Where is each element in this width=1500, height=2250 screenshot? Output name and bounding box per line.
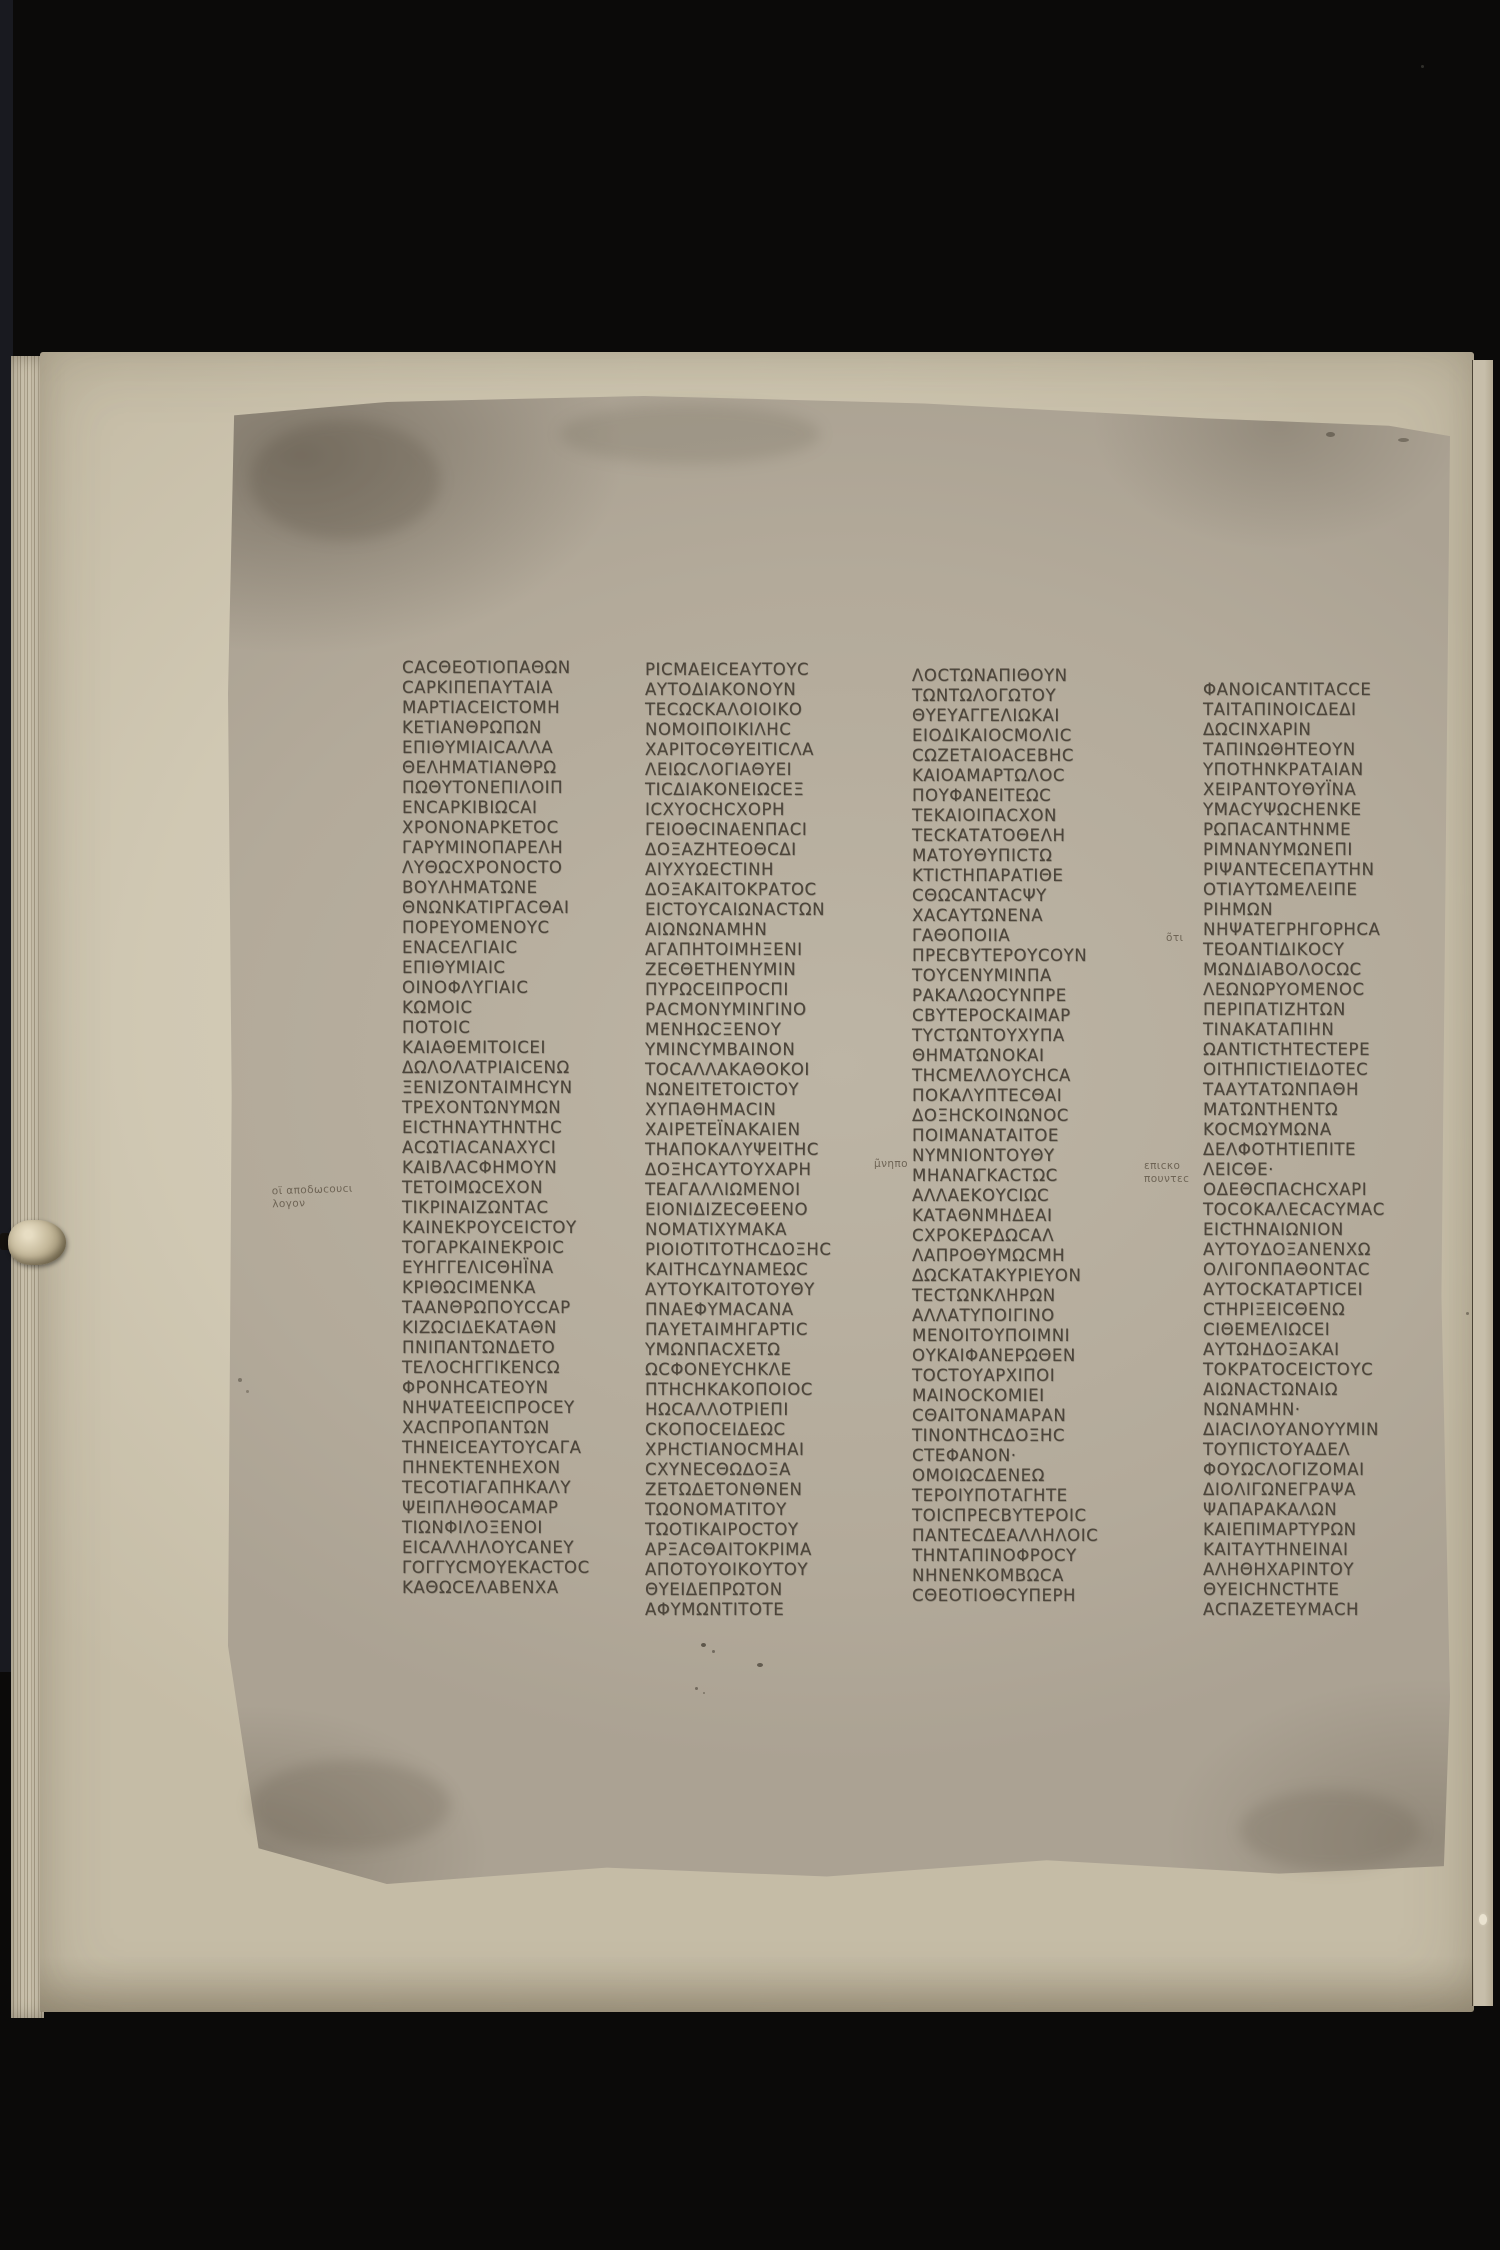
manuscript-line: ΘΥΕΥΑΓΓΕΛΙΩΚΑΙ	[912, 706, 1098, 726]
manuscript-line: ΠΟΚΑΛΥΠΤΕϹΘΑΙ	[912, 1086, 1098, 1106]
manuscript-line: ΡΑΚΑΛΩΟϹΥΝΠΡΕ	[912, 986, 1098, 1006]
manuscript-line: ΟΜΟΙΩϹΔΕΝΕΩ	[912, 1466, 1098, 1486]
manuscript-line: ϹΑΡΚΙΠΕΠΑΥΤΑΙΑ	[402, 678, 590, 698]
manuscript-line: ϹΑϹΘΕΟΤΙΟΠΑΘΩΝ	[402, 658, 590, 678]
manuscript-line: ϹΤΕΦΑΝΟΝ·	[912, 1446, 1098, 1466]
manuscript-line: ΑΥΤΟΔΙΑΚΟΝΟΥΝ	[645, 680, 832, 700]
manuscript-line: ΠΑΥΕΤΑΙΜΗΓΑΡΤΙϹ	[645, 1320, 832, 1340]
manuscript-line: ΠΩΘΥΤΟΝΕΠΙΛΟΙΠ	[402, 778, 590, 798]
manuscript-line: ϹΩΖΕΤΑΙΟΑϹΕΒΗϹ	[912, 746, 1098, 766]
manuscript-line: ΤΕΡΟΙΥΠΟΤΑΓΗΤΕ	[912, 1486, 1098, 1506]
manuscript-line: ΑΛΛΑΕΚΟΥϹΙΩϹ	[912, 1186, 1098, 1206]
manuscript-line: ΤΗΝΤΑΠΙΝΟΦΡΟϹΥ	[912, 1546, 1098, 1566]
manuscript-line: ΠΤΗϹΗΚΑΚΟΠΟΙΟϹ	[645, 1380, 832, 1400]
manuscript-line: ΕΙϹΑΛΛΗΛΟΥϹΑΝΕΥ	[402, 1538, 590, 1558]
manuscript-line: ΤΟΚΡΑΤΟϹΕΙϹΤΟΥϹ	[1203, 1360, 1385, 1380]
manuscript-line: ΤΑΑΥΤΑΤΩΝΠΑΘΗ	[1203, 1080, 1385, 1100]
manuscript-line: ΟΥΚΑΙΦΑΝΕΡΩΘΕΝ	[912, 1346, 1098, 1366]
manuscript-line: ΥΜΩΝΠΑϹΧΕΤΩ	[645, 1340, 832, 1360]
page-bottom-shadow	[40, 1956, 1474, 2012]
manuscript-line: ΚΑΙΤΗϹΔΥΝΑΜΕΩϹ	[645, 1260, 832, 1280]
manuscript-line: ΔΟΞΗϹΑΥΤΟΥΧΑΡΗ	[645, 1160, 832, 1180]
manuscript-line: ΧΑϹΑΥΤΩΝΕΝΑ	[912, 906, 1098, 926]
margin-gloss-gutter: μ̃νηπο	[874, 1158, 908, 1171]
manuscript-line: ϹΧΥΝΕϹΘΩΔΟΞΑ	[645, 1460, 832, 1480]
manuscript-line: ΧΡΟΝΟΝΑΡΚΕΤΟϹ	[402, 818, 590, 838]
manuscript-line: ΕΥΗΓΓΕΛΙϹΘΗΪΝΑ	[402, 1258, 590, 1278]
margin-gloss-left: οϊ αποδωϲουϲι λογον	[272, 1183, 354, 1212]
manuscript-line: ΤΩΟΤΙΚΑΙΡΟϹΤΟΥ	[645, 1520, 832, 1540]
manuscript-line: ΤΟΙϹΠΡΕϹΒΥΤΕΡΟΙϹ	[912, 1506, 1098, 1526]
manuscript-line: ϹΙΘΕΜΕΛΙΩϹΕΙ	[1203, 1320, 1385, 1340]
manuscript-line: ΡΙΟΙΟΤΙΤΟΤΗϹΔΟΞΗϹ	[645, 1240, 832, 1260]
manuscript-line: ΠΑΝΤΕϹΔΕΑΛΛΗΛΟΙϹ	[912, 1526, 1098, 1546]
manuscript-line: ΔΕΛΦΟΤΗΤΙΕΠΙΤΕ	[1203, 1140, 1385, 1160]
manuscript-line: ΤΑΑΝΘΡΩΠΟΥϹϹΑΡ	[402, 1298, 590, 1318]
manuscript-line: ΔΟΞΗϹΚΟΙΝΩΝΟϹ	[912, 1106, 1098, 1126]
manuscript-line: ΘΥΕΙΔΕΠΡΩΤΟΝ	[645, 1580, 832, 1600]
manuscript-line: ΑΙΩΝΩΝΑΜΗΝ	[645, 920, 832, 940]
manuscript-line: ΚΑΙΟΑΜΑΡΤΩΛΟϹ	[912, 766, 1098, 786]
manuscript-line: ΡΩΠΑϹΑΝΤΗΝΜΕ	[1203, 820, 1385, 840]
manuscript-line: ΜΕΝΗΩϹΞΕΝΟΥ	[645, 1020, 832, 1040]
manuscript-line: ΤΕΟΑΝΤΙΔΙΚΟϹΥ	[1203, 940, 1385, 960]
ink-speck	[712, 1650, 715, 1653]
manuscript-line: ΦΟΥΩϹΛΟΓΙΖΟΜΑΙ	[1203, 1460, 1385, 1480]
manuscript-line: ΟΛΙΓΟΝΠΑΘΟΝΤΑϹ	[1203, 1260, 1385, 1280]
manuscript-line: ΝΟΜΑΤΙΧΥΜΑΚΑ	[645, 1220, 832, 1240]
manuscript-line: ΚΡΙΘΩϹΙΜΕΝΚΑ	[402, 1278, 590, 1298]
manuscript-line: ΗΩϹΑΛΛΟΤΡΙΕΠΙ	[645, 1400, 832, 1420]
manuscript-line: ΑΥΤΟΥΔΟΞΑΝΕΝΧΩ	[1203, 1240, 1385, 1260]
parchment-stain	[560, 404, 820, 464]
photo-backdrop: ϹΑϹΘΕΟΤΙΟΠΑΘΩΝϹΑΡΚΙΠΕΠΑΥΤΑΙΑΜΑΡΤΙΑϹΕΙϹΤΟ…	[0, 0, 1500, 2250]
manuscript-line: ΑΛΛΑΤΥΠΟΙΓΙΝΟ	[912, 1306, 1098, 1326]
manuscript-line: ΦΡΟΝΗϹΑΤΕΟΥΝ	[402, 1378, 590, 1398]
manuscript-line: ΤΟϹΤΟΥΑΡΧΙΠΟΙ	[912, 1366, 1098, 1386]
manuscript-line: ΚΑΤΑΘΝΜΗΔΕΑΙ	[912, 1206, 1098, 1226]
manuscript-line: ΤΕΚΑΙΟΙΠΑϹΧΟΝ	[912, 806, 1098, 826]
manuscript-line: ΑΥΤΟΥΚΑΙΤΟΤΟΥΘΥ	[645, 1280, 832, 1300]
manuscript-line: ΙϹΧΥΟϹΗϹΧΟΡΗ	[645, 800, 832, 820]
manuscript-line: ΜΗΑΝΑΓΚΑϹΤΩϹ	[912, 1166, 1098, 1186]
manuscript-line: ΛΥΘΩϹΧΡΟΝΟϹΤΟ	[402, 858, 590, 878]
manuscript-line: ΤΕϹΩϹΚΑΛΟΙΟΙΚΟ	[645, 700, 832, 720]
manuscript-line: ΠΟΤΟΙϹ	[402, 1018, 590, 1038]
manuscript-line: ΑΙΥΧΥΩΕϹΤΙΝΗ	[645, 860, 832, 880]
manuscript-line: ΤΕϹΤΩΝΚΛΗΡΩΝ	[912, 1286, 1098, 1306]
manuscript-line: ΜΑΤΟΥΘΥΠΙϹΤΩ	[912, 846, 1098, 866]
manuscript-line: ΚΑΙΤΑΥΤΗΝΕΙΝΑΙ	[1203, 1540, 1385, 1560]
ink-speck	[246, 1390, 249, 1393]
ink-speck	[703, 1692, 705, 1694]
manuscript-line: ΡΑϹΜΟΝΥΜΙΝΓΙΝΟ	[645, 1000, 832, 1020]
manuscript-line: ΓΑΘΟΠΟΙΙΑ	[912, 926, 1098, 946]
manuscript-line: ΡΙΨΑΝΤΕϹΕΠΑΥΤΗΝ	[1203, 860, 1385, 880]
manuscript-line: ΖΕΤΩΔΕΤΟΝΘΝΕΝ	[645, 1480, 832, 1500]
manuscript-line: ΑΥΤΟϹΚΑΤΑΡΤΙϹΕΙ	[1203, 1280, 1385, 1300]
manuscript-line: ΤΟϹΟΚΑΛΕϹΑϹΥΜΑϹ	[1203, 1200, 1385, 1220]
manuscript-line: ΤΙΝΑΚΑΤΑΠΙΗΝ	[1203, 1020, 1385, 1040]
manuscript-line: ΠΡΕϹΒΥΤΕΡΟΥϹΟΥΝ	[912, 946, 1098, 966]
manuscript-line: ΜΩΝΔΙΑΒΟΛΟϹΩϹ	[1203, 960, 1385, 980]
manuscript-line: ΦΑΝΟΙϹΑΝΤΙΤΑϹϹΕ	[1203, 680, 1385, 700]
manuscript-line: ΝΟΜΟΙΠΟΙΚΙΛΗϹ	[645, 720, 832, 740]
manuscript-line: ΠΝΑΕΦΥΜΑϹΑΝΑ	[645, 1300, 832, 1320]
manuscript-line: ΓΑΡΥΜΙΝΟΠΑΡΕΛΗ	[402, 838, 590, 858]
manuscript-line: ΘΗΜΑΤΩΝΟΚΑΙ	[912, 1046, 1098, 1066]
text-column-1: ϹΑϹΘΕΟΤΙΟΠΑΘΩΝϹΑΡΚΙΠΕΠΑΥΤΑΙΑΜΑΡΤΙΑϹΕΙϹΤΟ…	[402, 658, 590, 1598]
manuscript-line: ΚΑΙΝΕΚΡΟΥϹΕΙϹΤΟΥ	[402, 1218, 590, 1238]
ink-speck	[701, 1643, 706, 1647]
text-column-2: ΡΙϹΜΑΕΙϹΕΑΥΤΟΥϹΑΥΤΟΔΙΑΚΟΝΟΥΝΤΕϹΩϹΚΑΛΟΙΟΙ…	[645, 660, 832, 1620]
ink-speck	[1466, 1312, 1469, 1315]
parchment-stain	[250, 1760, 450, 1850]
manuscript-line: ΤΟϹΑΛΛΑΚΑΘΟΚΟΙ	[645, 1060, 832, 1080]
manuscript-line: ΚΑΙΒΛΑϹΦΗΜΟΥΝ	[402, 1158, 590, 1178]
manuscript-line: ΤΕΤΟΙΜΩϹΕΧΟΝ	[402, 1178, 590, 1198]
manuscript-line: ΟΙΝΟΦΛΥΓΙΑΙϹ	[402, 978, 590, 998]
manuscript-line: ΠΥΡΩϹΕΙΠΡΟϹΠΙ	[645, 980, 832, 1000]
manuscript-line: ΑΙΩΝΑϹΤΩΝΑΙΩ	[1203, 1380, 1385, 1400]
manuscript-line: ΚΙΖΩϹΙΔΕΚΑΤΑΘΝ	[402, 1318, 590, 1338]
manuscript-line: ΥΜΙΝϹΥΜΒΑΙΝΟΝ	[645, 1040, 832, 1060]
manuscript-line: ΧΑΡΙΤΟϹΘΥΕΙΤΙϹΛΑ	[645, 740, 832, 760]
manuscript-line: ΠΝΙΠΑΝΤΩΝΔΕΤΟ	[402, 1338, 590, 1358]
manuscript-line: ΤΑΙΤΑΠΙΝΟΙϹΔΕΔΙ	[1203, 700, 1385, 720]
manuscript-line: ΔΩΛΟΛΑΤΡΙΑΙϹΕΝΩ	[402, 1058, 590, 1078]
ink-speck	[695, 1687, 698, 1690]
manuscript-line: ΑϹΠΑΖΕΤΕΥΜΑϹΗ	[1203, 1600, 1385, 1620]
manuscript-line: ΠΕΡΙΠΑΤΙΖΗΤΩΝ	[1203, 1000, 1385, 1020]
manuscript-line: ΑΠΟΤΟΥΟΙΚΟΥΤΟΥ	[645, 1560, 832, 1580]
manuscript-line: ΤΑΠΙΝΩΘΗΤΕΟΥΝ	[1203, 740, 1385, 760]
manuscript-line: ΚΩΜΟΙϹ	[402, 998, 590, 1018]
manuscript-line: ΛΕΙϹΘΕ·	[1203, 1160, 1385, 1180]
manuscript-line: ΡΙϹΜΑΕΙϹΕΑΥΤΟΥϹ	[645, 660, 832, 680]
manuscript-line: ΛΕΙΩϹΛΟΓΙΑΘΥΕΙ	[645, 760, 832, 780]
manuscript-line: ΒΟΥΛΗΜΑΤΩΝΕ	[402, 878, 590, 898]
manuscript-line: ΑΛΗΘΗΧΑΡΙΝΤΟΥ	[1203, 1560, 1385, 1580]
margin-gloss-episkopountes: επιϲκο πουντεϲ	[1144, 1160, 1189, 1186]
manuscript-line: ΕΙϹΤΗΝΑΥΤΗΝΤΗϹ	[402, 1118, 590, 1138]
manuscript-line: ϹΘΩϹΑΝΤΑϹΨΥ	[912, 886, 1098, 906]
manuscript-line: ΧΑϹΠΡΟΠΑΝΤΩΝ	[402, 1418, 590, 1438]
manuscript-line: ΤΙΝΟΝΤΗϹΔΟΞΗϹ	[912, 1426, 1098, 1446]
manuscript-line: ΚΟϹΜΩΥΜΩΝΑ	[1203, 1120, 1385, 1140]
manuscript-line: ΑΥΤΩΗΔΟΞΑΚΑΙ	[1203, 1340, 1385, 1360]
manuscript-line: ΕΝΑϹΕΛΓΙΑΙϹ	[402, 938, 590, 958]
manuscript-line: ΔΟΞΑΚΑΙΤΟΚΡΑΤΟϹ	[645, 880, 832, 900]
manuscript-line: ΚΑΘΩϹΕΛΑΒΕΝΧΑ	[402, 1578, 590, 1598]
manuscript-line: ΜΑΙΝΟϹΚΟΜΙΕΙ	[912, 1386, 1098, 1406]
manuscript-line: ΕΙΟΔΙΚΑΙΟϹΜΟΛΙϹ	[912, 726, 1098, 746]
manuscript-line: ΓΟΓΓΥϹΜΟΥΕΚΑϹΤΟϹ	[402, 1558, 590, 1578]
manuscript-line: ΕΠΙΘΥΜΙΑΙϹ	[402, 958, 590, 978]
text-column-4: ΦΑΝΟΙϹΑΝΤΙΤΑϹϹΕΤΑΙΤΑΠΙΝΟΙϹΔΕΔΙΔΩϹΙΝΧΑΡΙΝ…	[1203, 680, 1385, 1620]
manuscript-line: ΤΕϹΟΤΙΑΓΑΠΗΚΑΛΥ	[402, 1478, 590, 1498]
manuscript-line: ΕΙϹΤΟΥϹΑΙΩΝΑϹΤΩΝ	[645, 900, 832, 920]
manuscript-line: ΕΝϹΑΡΚΙΒΙΩϹΑΙ	[402, 798, 590, 818]
manuscript-line: ΖΕϹΘΕΤΗΕΝΥΜΙΝ	[645, 960, 832, 980]
manuscript-line: ΔΩϹΚΑΤΑΚΥΡΙΕΥΟΝ	[912, 1266, 1098, 1286]
ink-speck	[1398, 438, 1409, 442]
parchment-stain	[1240, 1790, 1420, 1870]
manuscript-line: ΧΥΠΑΘΗΜΑϹΙΝ	[645, 1100, 832, 1120]
manuscript-line: ΝΗΨΑΤΕΓΡΗΓΟΡΗϹΑ	[1203, 920, 1385, 940]
manuscript-line: ΨΕΙΠΛΗΘΟϹΑΜΑΡ	[402, 1498, 590, 1518]
manuscript-line: ΕΙΟΝΙΔΙΖΕϹΘΕΕΝΟ	[645, 1200, 832, 1220]
manuscript-line: ΤΗΝΕΙϹΕΑΥΤΟΥϹΑΓΑ	[402, 1438, 590, 1458]
manuscript-line: ΛΟϹΤΩΝΑΠΙΘΟΥΝ	[912, 666, 1098, 686]
manuscript-line: ϹΧΡΟΚΕΡΔΩϹΑΛ	[912, 1226, 1098, 1246]
ink-speck	[1326, 432, 1335, 437]
manuscript-line: ΤΙΩΝΦΙΛΟΞΕΝΟΙ	[402, 1518, 590, 1538]
manuscript-line: ΤΟΥϹΕΝΥΜΙΝΠΑ	[912, 966, 1098, 986]
manuscript-line: ΕΠΙΘΥΜΙΑΙϹΑΛΛΑ	[402, 738, 590, 758]
manuscript-line: ΧΕΙΡΑΝΤΟΥΘΥΪΝΑ	[1203, 780, 1385, 800]
manuscript-line: ΚΕΤΙΑΝΘΡΩΠΩΝ	[402, 718, 590, 738]
manuscript-line: ϹΘΑΙΤΟΝΑΜΑΡΑΝ	[912, 1406, 1098, 1426]
manuscript-line: ΚΑΙΕΠΙΜΑΡΤΥΡΩΝ	[1203, 1520, 1385, 1540]
manuscript-line: ΜΑΤΩΝΤΗΕΝΤΩ	[1203, 1100, 1385, 1120]
manuscript-line: ΕΙϹΤΗΝΑΙΩΝΙΟΝ	[1203, 1220, 1385, 1240]
manuscript-line: ΧΡΗϹΤΙΑΝΟϹΜΗΑΙ	[645, 1440, 832, 1460]
manuscript-line: ϹΤΗΡΙΞΕΙϹΘΕΝΩ	[1203, 1300, 1385, 1320]
manuscript-line: ΥΜΑϹΥΨΩϹΗΕΝΚΕ	[1203, 800, 1385, 820]
manuscript-line: ΘΕΛΗΜΑΤΙΑΝΘΡΩ	[402, 758, 590, 778]
manuscript-line: ΤΩΟΝΟΜΑΤΙΤΟΥ	[645, 1500, 832, 1520]
manuscript-line: ΝΩΝΑΜΗΝ·	[1203, 1400, 1385, 1420]
manuscript-line: ΘΝΩΝΚΑΤΙΡΓΑϹΘΑΙ	[402, 898, 590, 918]
manuscript-line: ΑϹΩΤΙΑϹΑΝΑΧΥϹΙ	[402, 1138, 590, 1158]
manuscript-line: ΜΕΝΟΙΤΟΥΠΟΙΜΝΙ	[912, 1326, 1098, 1346]
manuscript-line: ΜΑΡΤΙΑϹΕΙϹΤΟΜΗ	[402, 698, 590, 718]
manuscript-line: ΤΟΥΠΙϹΤΟΥΑΔΕΛ	[1203, 1440, 1385, 1460]
manuscript-line: ΓΕΙΟΘϹΙΝΑΕΝΠΑϹΙ	[645, 820, 832, 840]
manuscript-line: ϹΒΥΤΕΡΟϹΚΑΙΜΑΡ	[912, 1006, 1098, 1026]
manuscript-line: ΑΡΞΑϹΘΑΙΤΟΚΡΙΜΑ	[645, 1540, 832, 1560]
parchment-stain	[250, 420, 440, 540]
manuscript-line: ΨΑΠΑΡΑΚΑΛΩΝ	[1203, 1500, 1385, 1520]
page-right-edge	[1472, 360, 1493, 2006]
manuscript-line: ΞΕΝΙΖΟΝΤΑΙΜΗϹΥΝ	[402, 1078, 590, 1098]
manuscript-line: ΝΗΨΑΤΕΕΙϹΠΡΟϹΕΥ	[402, 1398, 590, 1418]
manuscript-line: ΤΩΝΤΩΛΟΓΩΤΟΥ	[912, 686, 1098, 706]
manuscript-line: ΛΑΠΡΟΘΥΜΩϹΜΗ	[912, 1246, 1098, 1266]
manuscript-line: ΩΑΝΤΙϹΤΗΤΕϹΤΕΡΕ	[1203, 1040, 1385, 1060]
manuscript-line: ΘΥΕΙϹΗΝϹΤΗΤΕ	[1203, 1580, 1385, 1600]
manuscript-line: ΝΩΝΕΙΤΕΤΟΙϹΤΟΥ	[645, 1080, 832, 1100]
manuscript-line: ΤΙϹΔΙΑΚΟΝΕΙΩϹΕΞ	[645, 780, 832, 800]
manuscript-line: ΝΗΝΕΝΚΟΜΒΩϹΑ	[912, 1566, 1098, 1586]
manuscript-line: ΟΤΙΑΥΤΩΜΕΛΕΙΠΕ	[1203, 880, 1385, 900]
manuscript-line: ΤΕϹΚΑΤΑΤΟΘΕΛΗ	[912, 826, 1098, 846]
manuscript-line: ΠΗΝΕΚΤΕΝΗΕΧΟΝ	[402, 1458, 590, 1478]
page-clip-bead	[8, 1220, 66, 1265]
manuscript-line: ΛΕΩΝΩΡΥΟΜΕΝΟϹ	[1203, 980, 1385, 1000]
manuscript-line: ΑΓΑΠΗΤΟΙΜΗΞΕΝΙ	[645, 940, 832, 960]
white-speck	[1479, 1914, 1487, 1925]
text-column-3: ΛΟϹΤΩΝΑΠΙΘΟΥΝΤΩΝΤΩΛΟΓΩΤΟΥΘΥΕΥΑΓΓΕΛΙΩΚΑΙΕ…	[912, 666, 1098, 1606]
manuscript-line: ΚΤΙϹΤΗΠΑΡΑΤΙΘΕ	[912, 866, 1098, 886]
manuscript-line: ΤΕΛΟϹΗΓΓΙΚΕΝϹΩ	[402, 1358, 590, 1378]
manuscript-line: ΤΕΑΓΑΛΛΙΩΜΕΝΟΙ	[645, 1180, 832, 1200]
manuscript-line: ΥΠΟΤΗΝΚΡΑΤΑΙΑΝ	[1203, 760, 1385, 780]
manuscript-line: ΤΡΕΧΟΝΤΩΝΥΜΩΝ	[402, 1098, 590, 1118]
manuscript-line: ΔΩϹΙΝΧΑΡΙΝ	[1203, 720, 1385, 740]
manuscript-line: ΠΟΥΦΑΝΕΙΤΕΩϹ	[912, 786, 1098, 806]
manuscript-line: ΤΟΓΑΡΚΑΙΝΕΚΡΟΙϹ	[402, 1238, 590, 1258]
manuscript-line: ΔΟΞΑΖΗΤΕΟΘϹΔΙ	[645, 840, 832, 860]
margin-gloss-oti: ο̃τι	[1166, 932, 1184, 945]
manuscript-line: ΡΙΗΜΩΝ	[1203, 900, 1385, 920]
manuscript-line: ϹΘΕΟΤΙΟΘϹΥΠΕΡΗ	[912, 1586, 1098, 1606]
manuscript-line: ΧΑΙΡΕΤΕΪΝΑΚΑΙΕΝ	[645, 1120, 832, 1140]
manuscript-line: ΤΙΚΡΙΝΑΙΖΩΝΤΑϹ	[402, 1198, 590, 1218]
manuscript-line: ΟΙΤΗΠΙϹΤΙΕΙΔΟΤΕϹ	[1203, 1060, 1385, 1080]
manuscript-line: ΚΑΙΑΘΕΜΙΤΟΙϹΕΙ	[402, 1038, 590, 1058]
manuscript-line: ΟΔΕΘϹΠΑϹΗϹΧΑΡΙ	[1203, 1180, 1385, 1200]
manuscript-line: ΠΟΡΕΥΟΜΕΝΟΥϹ	[402, 918, 590, 938]
manuscript-line: ΝΥΜΝΙΟΝΤΟΥΘΥ	[912, 1146, 1098, 1166]
manuscript-line: ΑΦΥΜΩΝΤΙΤΟΤΕ	[645, 1600, 832, 1620]
manuscript-line: ΤΗΑΠΟΚΑΛΥΨΕΙΤΗϹ	[645, 1140, 832, 1160]
manuscript-line: ΤΗϹΜΕΛΛΟΥϹΗϹΑ	[912, 1066, 1098, 1086]
manuscript-line: ΔΙΑϹΙΛΟΥΑΝΟΥΥΜΙΝ	[1203, 1420, 1385, 1440]
manuscript-line: ΠΟΙΜΑΝΑΤΑΙΤΟΕ	[912, 1126, 1098, 1146]
ink-speck	[757, 1663, 763, 1667]
manuscript-line: ϹΚΟΠΟϹΕΙΔΕΩϹ	[645, 1420, 832, 1440]
dust-speck	[1421, 65, 1424, 68]
manuscript-line: ΔΙΟΛΙΓΩΝΕΓΡΑΨΑ	[1203, 1480, 1385, 1500]
manuscript-line: ΩϹΦΟΝΕΥϹΗΚΛΕ	[645, 1360, 832, 1380]
manuscript-line: ΤΥϹΤΩΝΤΟΥΧΥΠΑ	[912, 1026, 1098, 1046]
ink-speck	[238, 1378, 242, 1382]
manuscript-line: ΡΙΜΝΑΝΥΜΩΝΕΠΙ	[1203, 840, 1385, 860]
